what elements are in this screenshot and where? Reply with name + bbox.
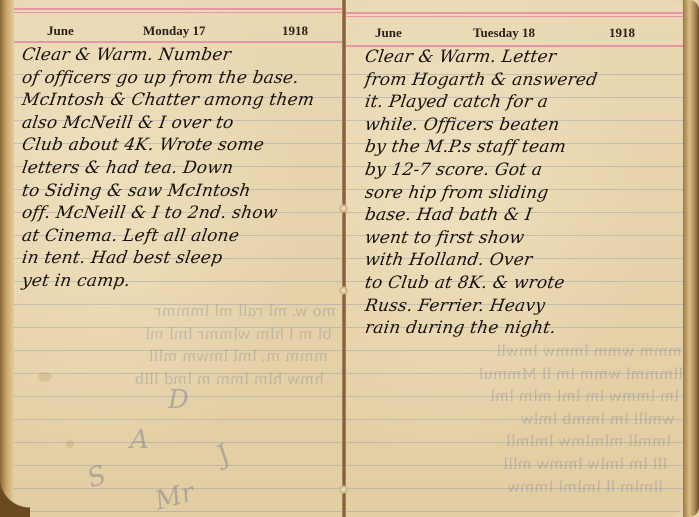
paper-stain xyxy=(38,372,52,382)
header-year: 1918 xyxy=(282,23,308,39)
left-page-edge xyxy=(0,0,14,517)
entry-line: by 12-7 score. Got a xyxy=(363,159,685,182)
entry-line: Club about 4K. Wrote some xyxy=(20,134,343,157)
entry-line: by the M.P.s staff team xyxy=(363,136,685,159)
page-header: June Monday 17 1918 xyxy=(0,20,343,42)
entry-line: sore hip from sliding xyxy=(363,182,685,205)
entry-line: went to first show xyxy=(363,227,685,250)
entry-line: Clear & Warm. Letter xyxy=(363,46,685,69)
binding-stitch xyxy=(339,485,348,494)
entry-line: rain during the night. xyxy=(363,317,685,340)
entry-line: in tent. Had best sleep xyxy=(20,247,343,270)
entry-line: of officers go up from the base. xyxy=(20,67,343,90)
entry-line: to Siding & saw McIntosh xyxy=(20,180,343,203)
entry-line: at Cinema. Left all alone xyxy=(20,225,343,248)
entry-line: Russ. Ferrier. Heavy xyxy=(363,295,685,318)
diary-entry: Clear & Warm. Letter from Hogarth & answ… xyxy=(365,46,685,340)
diary-spread: June Monday 17 1918 mo w. ml rall ml lmm… xyxy=(0,0,699,517)
header-month: June xyxy=(47,23,74,39)
entry-line: from Hogarth & answered xyxy=(363,69,685,92)
header-day: Monday 17 xyxy=(143,23,205,39)
entry-line: with Holland. Over xyxy=(363,249,685,272)
header-rule-top xyxy=(0,8,343,10)
header-day: Tuesday 18 xyxy=(473,25,535,41)
header-rule-top-thin xyxy=(345,16,685,17)
entry-line: off. McNeill & I to 2nd. show xyxy=(20,202,343,225)
bleed-through-text: mo w. ml rall ml lmmmr bl m l hlm wlmmr … xyxy=(22,300,338,390)
header-year: 1918 xyxy=(609,25,635,41)
diary-entry: Clear & Warm. Number of officers go up f… xyxy=(22,44,343,293)
right-cover-edge xyxy=(683,0,699,517)
page-header: June Tuesday 18 1918 xyxy=(345,22,685,44)
book-gutter xyxy=(342,0,346,517)
binding-stitch xyxy=(339,286,348,295)
header-rule-top xyxy=(345,12,685,14)
entry-line: letters & had tea. Down xyxy=(20,157,343,180)
entry-line: McIntosh & Chatter among them xyxy=(20,89,343,112)
right-page: June Tuesday 18 1918 lmmm wmm lmmw lmwll… xyxy=(345,0,685,517)
entry-line: yet in camp. xyxy=(20,270,343,293)
entry-line: it. Played catch for a xyxy=(363,91,685,114)
entry-line: to Club at 8K. & wrote xyxy=(363,272,685,295)
entry-line: also McNeill & I over to xyxy=(20,112,343,135)
bleed-through-text: lmmm wmm lmmw lmwll llmmml wmm lm ll Mmm… xyxy=(345,340,685,498)
entry-line: Clear & Warm. Number xyxy=(20,44,343,67)
entry-line: while. Officers beaten xyxy=(363,114,685,137)
left-cover-corner xyxy=(0,477,30,517)
header-rule-top-thin xyxy=(0,12,343,13)
paper-stain xyxy=(66,440,74,448)
pencil-mark: A xyxy=(130,425,149,455)
pencil-mark: D xyxy=(168,385,189,415)
left-page: June Monday 17 1918 mo w. ml rall ml lmm… xyxy=(0,0,343,517)
entry-line: base. Had bath & I xyxy=(363,204,685,227)
binding-stitch xyxy=(339,204,348,213)
header-month: June xyxy=(375,25,402,41)
